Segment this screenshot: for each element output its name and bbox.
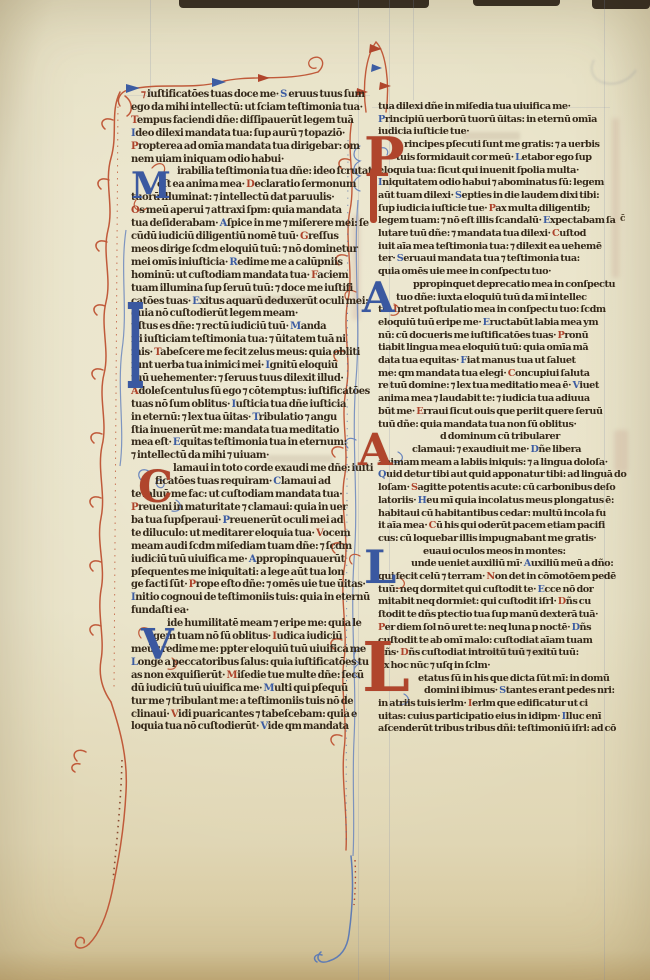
- ruling-line: [150, 0, 151, 96]
- text-line: Principiū uerborū tuorū ūitas: in eternū…: [378, 114, 606, 127]
- versal-letter: E: [483, 317, 490, 328]
- decorated-initial-A: A: [358, 429, 392, 473]
- text-line: in eternū: ⁊ lex tua ūitas· Tribulatio ⁊…: [131, 412, 365, 425]
- text-line: domini ibimus· Stantes erant pedes nri:: [378, 685, 606, 698]
- text-line: ppropinquet deprecatio mea in conſpectu: [378, 279, 606, 292]
- text-run: ppropinquet deprecatio mea in conſpectu: [413, 279, 615, 290]
- text-run: animam meam a labiis iniquis: ⁊ a lingua…: [378, 457, 608, 468]
- text-run: cuſtodit te ab omī malo: cuſtodiat aīam …: [378, 635, 592, 646]
- text-line: quia omēs uie mee in conſpectu tuo·: [378, 266, 606, 279]
- text-line: it aīa mea· Cū his qui oderūt pacem etia…: [378, 520, 606, 533]
- text-line: lutare tuū dñe: ⁊ mandata tua dilexi· Cu…: [378, 228, 606, 241]
- text-run: iuet: [579, 380, 599, 391]
- text-line: iudicia iuſticie tue·: [378, 126, 606, 139]
- manuscript-page: ⁊ iuſtificatōes tuas doce me· S eruus tu…: [0, 0, 650, 980]
- text-line: habitaui cū habitantibus cedar: multū in…: [378, 508, 606, 521]
- versal-letter: A: [220, 218, 227, 229]
- text-run: in eternū: ⁊ lex tua ūitas·: [131, 412, 252, 423]
- show-through: [612, 118, 619, 278]
- text-line: tuū uehementer: ⁊ ſeruus tuus dilexit il…: [131, 373, 365, 386]
- text-run: ū his qui oderūt pacem etiam pacifi: [436, 520, 605, 531]
- text-run: nitio cognoui de teſtimoniis tuis: quia …: [135, 592, 370, 603]
- text-run: doleſcentulus ſū ego ⁊ cōtemptus: iuſtif…: [138, 386, 370, 397]
- text-line: as non exquiſierūt· Miſedie tue multe dñ…: [131, 670, 365, 683]
- text-line: nū: cū docueris me iuſtificatōes tuas· P…: [378, 330, 606, 343]
- text-run: ſti iuſticiam teſtimonia tua: ⁊ ūitatem …: [131, 334, 346, 345]
- text-run: etatus ſū in his que dicta ſūt mī: in do…: [418, 673, 609, 684]
- text-run: ter·: [378, 253, 397, 264]
- text-line: tua dilexi dñe in miſedia tua uiuifica m…: [378, 101, 606, 114]
- text-line: qui fecit celū ⁊ terram· Non det in cōmo…: [378, 571, 606, 584]
- versal-letter: C: [273, 476, 281, 487]
- text-run: ñs: [580, 622, 592, 633]
- text-run: niquitatem odio habui ⁊ abominatus ſū: l…: [382, 177, 604, 188]
- versal-letter: V: [171, 709, 178, 720]
- text-run: mei omīs iniuſticia·: [131, 257, 229, 268]
- text-run: reſſus: [308, 231, 338, 242]
- versal-letter: V: [260, 721, 267, 732]
- ruling-line: [413, 0, 414, 100]
- text-line: rincipes pſecuti ſunt me gratis: ⁊ a uer…: [378, 139, 606, 152]
- text-run: hominū: ut cuſtodiam mandata tua·: [131, 270, 311, 281]
- text-run: ax multa diligentib;: [495, 203, 590, 214]
- text-run: tua dilexi dñe in miſedia tua uiuifica m…: [378, 101, 571, 112]
- versal-letter: A: [249, 554, 256, 565]
- text-line: eloquia tua: ſicut qui inuenit ſpolia mu…: [378, 165, 606, 178]
- text-run: ſunt uerba tua inimici mei·: [131, 360, 265, 371]
- text-line: fundaſti ea·: [131, 605, 365, 618]
- page-top-edge: [473, 0, 560, 6]
- text-run: me: qm mandata tua elegi·: [378, 368, 508, 379]
- text-line: legem tuam: ⁊ nō eſt illis ſcandalū· Exp…: [378, 215, 606, 228]
- text-line: ſtia inuenerūt me: mandata tua meditatio: [131, 425, 365, 438]
- versal-letter: G: [300, 231, 308, 242]
- text-run: ppropinquauerūt: [256, 554, 345, 565]
- page-top-edge: [179, 0, 429, 8]
- text-line: aūt tuam dilexi· Septies in die laudem d…: [378, 190, 606, 203]
- text-line: Tempus faciendi dñe: diſſipauerūt legem …: [131, 115, 365, 128]
- text-run: iſedie tue multe dñe: ſecū: [237, 670, 364, 681]
- text-run: tiabit lingua mea eloquiū tuū: quia omīa…: [378, 342, 588, 353]
- text-line: latoriis· Heu mī quia incolatus meus plo…: [378, 495, 606, 508]
- text-run: d dominum cū tribularer: [440, 431, 560, 442]
- text-run: anima mea ⁊ laudabit te: ⁊ iudicia tua a…: [378, 393, 590, 404]
- text-run: uſtod: [559, 228, 586, 239]
- text-line: d dominum cū tribularer: [378, 431, 606, 444]
- text-run: ructabūt labia mea ym: [490, 317, 599, 328]
- decorated-initial-L: L: [362, 634, 410, 702]
- text-run: tuū: neq dormitet qui cuſtodit te·: [378, 584, 537, 595]
- text-line: clamaui: ⁊ exaudiuit me· Dñe libera: [378, 444, 606, 457]
- text-line: clinaui· Vidi puaricantes ⁊ tabeſcebam: …: [131, 709, 365, 722]
- versal-letter: M: [290, 321, 301, 332]
- show-through: [614, 430, 628, 472]
- text-line: in atriis tuis ierlm· Ierlm que edificat…: [378, 698, 606, 711]
- text-line: ſtodit te dñs ptectio tua ſup manū dexte…: [378, 609, 606, 622]
- text-run: agitte potentis acute: cū carbonibus deſ…: [417, 482, 615, 493]
- text-run: tuam illumina ſup ſeruū tuū: ⁊ doce me i…: [131, 283, 353, 294]
- text-line: mis· Tabeſcere me fecit zelus meus: quia…: [131, 347, 365, 360]
- text-run: empus faciendi dñe: diſſipauerūt legem t…: [137, 115, 354, 126]
- versal-letter: L: [131, 657, 138, 668]
- text-line: ⁊ iuſtificatōes tuas doce me· S eruus tu…: [131, 89, 365, 102]
- text-run: iuſtificatōes tuas doce me·: [147, 89, 280, 100]
- text-line: loquia tua nō cuſtodierūt· Vide qm manda…: [131, 721, 365, 734]
- text-run: uſticia tua dñe iuſticia: [236, 399, 346, 410]
- text-run: tua deſiderabam·: [131, 218, 220, 229]
- text-run: eruaui mandata tua ⁊ teſtimonia tua:: [403, 253, 580, 264]
- text-run: as non exquiſierūt·: [131, 670, 226, 681]
- text-run: ⁊ intellectū da mihi ⁊ uiuam·: [131, 450, 269, 461]
- text-line: tur me ⁊ tribulant me: a teſtimoniis tui…: [131, 696, 365, 709]
- text-run: cūdū iudiciū diligentiū nomē tuū·: [131, 231, 300, 242]
- text-run: eruus tuus ſum: [287, 89, 365, 100]
- text-line: cūdū iudiciū diligentiū nomē tuū· Greſſu…: [131, 231, 365, 244]
- text-line: euaui oculos meos in montes:: [378, 546, 606, 559]
- text-run: erlm que edificatur ut ci: [472, 698, 588, 709]
- text-run: ge facti ſūt·: [131, 579, 189, 590]
- text-run: aſcenderūt tribus tribus dñi: teſtimoniū…: [378, 723, 616, 734]
- text-line: iuit aīa mea teſtimonia tua: ⁊ dilexit e…: [378, 241, 606, 254]
- text-run: lluc enī: [566, 711, 601, 722]
- text-run: epties in die laudem dixi tibi:: [461, 190, 599, 201]
- text-run: ronū: [564, 330, 588, 341]
- text-line: ſup iudicia iuſticie tue· Pax multa dili…: [378, 203, 606, 216]
- text-line: meos dirige ſcdm eloquiū tuū: ⁊ nō domin…: [131, 244, 365, 257]
- text-run: tuis formidauit cor meū·: [396, 152, 515, 163]
- text-line: tuo dñe: iuxta eloquiū tuū da mī intelle…: [378, 292, 606, 305]
- text-run: meam audi ſcdm miſediam tuam dñe: ⁊ ſcdm: [131, 541, 352, 552]
- text-run: eloquia tua: ſicut qui inuenit ſpolia mu…: [378, 165, 579, 176]
- text-line: te diluculo: ut meditarer eloquia tua· V…: [131, 528, 365, 541]
- text-run: fundaſti ea·: [131, 605, 189, 616]
- show-through: [585, 39, 645, 92]
- text-line: unde ueniet auxiliū mī· Auxiliū meū a dñ…: [378, 558, 606, 571]
- text-line: Initio cognoui de teſtimoniis tuis: quia…: [131, 592, 365, 605]
- versal-letter: H: [418, 495, 427, 506]
- text-line: Per diem ſol nō uret te: neq luna p noct…: [378, 622, 606, 635]
- text-line: tuis formidauit cor meū· Letabor ego ſup: [378, 152, 606, 165]
- text-run: rraui ſicut ouis que periit quere ſeruū: [423, 406, 602, 417]
- penwork-left-tail: [72, 702, 127, 948]
- text-line: meam audi ſcdm miſediam tuam dñe: ⁊ ſcdm: [131, 541, 365, 554]
- text-run: uitas: cuius participatio eius in idipm·: [378, 711, 562, 722]
- text-run: ñe libera: [538, 444, 581, 455]
- text-line: quia nō cuſtodierūt legem meam·: [131, 308, 365, 321]
- text-run: eu mī quia incolatus meus plongatus ē:: [426, 495, 614, 506]
- text-run: legem tuam: ⁊ nō eſt illis ſcandalū·: [378, 215, 543, 226]
- text-run: aciem: [317, 270, 348, 281]
- text-run: etabor ego ſup: [521, 152, 591, 163]
- text-line: ſunt uerba tua inimici mei· Ignitū eloqu…: [131, 360, 365, 373]
- text-line: Ideo dilexi mandata tua: ſup aurū ⁊ topa…: [131, 128, 365, 141]
- versal-letter: N: [486, 571, 494, 582]
- text-line: uſtus es dñe: ⁊ rectū iudiciū tuū· Manda: [131, 321, 365, 334]
- versal-letter: D: [558, 596, 566, 607]
- text-run: ocem: [322, 528, 350, 539]
- text-line: Iniquitatem odio habui ⁊ abominatus ſū: …: [378, 177, 606, 190]
- text-line: tiabit lingua mea eloquiū tuū: quia omīa…: [378, 342, 606, 355]
- text-run: iat manus tua ut ſaluet: [467, 355, 576, 366]
- text-run: lamaui ad: [281, 476, 331, 487]
- text-line: tuas nō ſum oblitus· Iuſticia tua dñe iu…: [131, 399, 365, 412]
- text-run: er diem ſol nō uret te: neq luna p noctē…: [385, 622, 572, 633]
- versal-letter: P: [189, 579, 196, 590]
- penwork-left-border-dots: [114, 100, 118, 690]
- text-run: deo dilexi mandata tua: ſup aurū ⁊ topaz…: [135, 128, 345, 139]
- text-line: iudiciū tuū uiuifica me· Appropinquauerū…: [131, 554, 365, 567]
- text-line: Propterea ad omīa mandata tua dirigebar:…: [131, 141, 365, 154]
- text-run: ntret poſtulatio mea in conſpectu tuo: ſ…: [397, 304, 606, 315]
- text-run: ñs cu: [566, 596, 591, 607]
- penwork-gutter-tail: [315, 856, 353, 962]
- text-run: rincipes pſecuti ſunt me gratis: ⁊ a uer…: [404, 139, 600, 150]
- versal-letter: C: [429, 520, 436, 531]
- text-line: ex hoc nūc ⁊ uſq in ſclm·: [378, 660, 606, 673]
- text-run: lutare tuū dñe: ⁊ mandata tua dilexi·: [378, 228, 552, 239]
- text-line: ge facti ſūt· Prope eſto dñe: ⁊ omēs uie…: [131, 579, 365, 592]
- decorated-initial-A: A: [362, 277, 395, 319]
- text-line: aſcenderūt tribus tribus dñi: teſtimoniū…: [378, 723, 606, 736]
- decorated-initial-I: I: [126, 288, 145, 406]
- text-run: ide humilitatē meam ⁊ eripe me: quia le: [167, 618, 361, 629]
- text-run: gnitū eloquiū: [270, 360, 338, 371]
- versal-letter: A: [524, 558, 531, 569]
- text-line: me: qm mandata tua elegi· Concupiui ſalu…: [378, 368, 606, 381]
- text-run: quitas teſtimonia tua in eternum:: [180, 437, 347, 448]
- text-line: uitas: cuius participatio eius in idipm·…: [378, 711, 606, 724]
- versal-letter: P: [378, 114, 385, 125]
- text-run: data tua equitas·: [378, 355, 460, 366]
- text-run: cce nō dor: [544, 584, 593, 595]
- text-run: aūt tuam dilexi·: [378, 190, 455, 201]
- versal-letter: E: [543, 215, 550, 226]
- decorated-initial-C: C: [138, 466, 173, 510]
- text-line: hominū: ut cuſtodiam mandata tua· Faciem: [131, 270, 365, 283]
- text-run: ſup iudicia iuſticie tue·: [378, 203, 489, 214]
- text-run: xpectabam ſa: [550, 215, 616, 226]
- text-run: nem uiam iniquam odio habui·: [131, 154, 284, 165]
- text-run: ñs cuſtodiat introitū tuū ⁊ exitū tuū:: [408, 647, 579, 658]
- text-run: ropterea ad omīa mandata tua dirigebar: …: [138, 141, 360, 152]
- text-line: mea eſt· Equitas teſtimonia tua in etern…: [131, 437, 365, 450]
- text-run: it aīa mea·: [378, 520, 429, 531]
- text-line: tuū: neq dormitet qui cuſtodit te· Ecce …: [378, 584, 606, 597]
- text-line: Adoleſcentulus ſū ego ⁊ cōtemptus: iuſti…: [131, 386, 365, 399]
- text-line: tū· Intret poſtulatio mea in conſpectu t…: [378, 304, 606, 317]
- text-line: animam meam a labiis iniquis: ⁊ a lingua…: [378, 457, 606, 470]
- text-line: dñs· Dñs cuſtodiat introitū tuū ⁊ exitū …: [378, 647, 606, 660]
- text-run: iudiciū tuū uiuifica me·: [131, 554, 249, 565]
- text-run: pſequentes me iniquitati: a lege aūt tua…: [131, 567, 344, 578]
- text-run: cus: cū loquebar illis impugnabant me gr…: [378, 533, 596, 544]
- text-line: cuſtodit te ab omī malo: cuſtodiat aīam …: [378, 635, 606, 648]
- text-run: eclaratio ſermonum: [254, 179, 356, 190]
- text-run: loquia tua nō cuſtodierūt·: [131, 721, 260, 732]
- text-run: rope eſto dñe: ⁊ omēs uie tue ūitas·: [196, 579, 366, 590]
- versal-letter: C: [508, 368, 515, 379]
- text-line: ter· Seruaui mandata tua ⁊ teſtimonia tu…: [378, 253, 606, 266]
- page-top-edge: [592, 0, 650, 9]
- text-line: pſequentes me iniquitati: a lege aūt tua…: [131, 567, 365, 580]
- margin-mark: c̄: [620, 214, 625, 224]
- decorated-initial-M: M: [131, 168, 171, 204]
- decorated-initial-L: L: [364, 544, 396, 590]
- text-line: re tuū domine: ⁊ lex tua meditatio mea ē…: [378, 380, 606, 393]
- text-run: lamaui in toto corde exaudi me dñe: iuſt…: [173, 463, 373, 474]
- text-run: būt me·: [378, 406, 416, 417]
- text-run: ribulatio ⁊ angu: [259, 412, 337, 423]
- text-run: edime me a calūpniis: [237, 257, 342, 268]
- text-line: dū iudiciū tuū uiuifica me· Multi qui pſ…: [131, 683, 365, 696]
- text-run: tuū uehementer: ⁊ ſeruus tuus dilexit il…: [131, 373, 343, 384]
- initial-descender-stem: [370, 168, 377, 223]
- text-run: irabilia teſtimonia tua dñe: ideo ſcruta…: [177, 166, 378, 177]
- text-run: latoriis·: [378, 495, 418, 506]
- text-run: ba tua ſupſperaui·: [131, 515, 222, 526]
- text-line: etatus ſū in his que dicta ſūt mī: in do…: [378, 673, 606, 686]
- text-run: clinaui·: [131, 709, 171, 720]
- text-line: ſti iuſticiam teſtimonia tua: ⁊ ūitatem …: [131, 334, 365, 347]
- text-run: meos dirige ſcdm eloquiū tuū: ⁊ nō domin…: [131, 244, 358, 255]
- text-line: Os meū aperui ⁊ attraxi ſpm: quia mandat…: [131, 205, 365, 218]
- text-run: habitaui cū habitantibus cedar: multū in…: [378, 508, 606, 519]
- decorated-initial-V: V: [141, 624, 174, 666]
- text-run: ſtia inuenerūt me: mandata tua meditatio: [131, 425, 339, 436]
- penwork-left-tail-dots: [113, 760, 122, 880]
- text-run: uxiliū meū a dño:: [531, 558, 613, 569]
- text-run: loſam·: [378, 482, 411, 493]
- text-run: ſtodit te dñs ptectio tua ſup manū dexte…: [378, 609, 598, 620]
- text-line: mei omīs iniuſticia· Redime me a calūpni…: [131, 257, 365, 270]
- text-run: clamaui: ⁊ exaudiuit me·: [412, 444, 530, 455]
- text-run: xitus aquarū deduxerūt oculi mei:: [199, 296, 368, 307]
- text-run: tur me ⁊ tribulant me: a teſtimoniis tui…: [131, 696, 353, 707]
- text-run: iuit aīa mea teſtimonia tua: ⁊ dilexit e…: [378, 241, 602, 252]
- text-line: eloquiū tuū eripe me· Eructabūt labia me…: [378, 317, 606, 330]
- text-line: mitabit neq dormiet: qui cuſtodit iſrl· …: [378, 596, 606, 609]
- text-line: Quid detur tibi aut quid apponatur tibi:…: [378, 469, 606, 482]
- text-run: quia omēs uie mee in conſpectu tuo·: [378, 266, 551, 277]
- text-line: tua deſiderabam· Aſpice in me ⁊ miſerere…: [131, 218, 365, 231]
- text-line: ba tua ſupſperaui· Preuenerūt oculi mei …: [131, 515, 365, 528]
- text-run: nū: cū docueris me iuſtificatōes tuas·: [378, 330, 558, 341]
- versal-letter: M: [226, 670, 237, 681]
- text-line: loſam· Sagitte potentis acute: cū carbon…: [378, 482, 606, 495]
- text-line: data tua equitas· Fiat manus tua ut ſalu…: [378, 355, 606, 368]
- text-run: reuenerūt oculi mei ad: [230, 515, 344, 526]
- text-run: te diluculo: ut meditarer eloquia tua·: [131, 528, 316, 539]
- text-line: tuū dñe: quia mandata tua non ſū oblitus…: [378, 419, 606, 432]
- text-run: tuū dñe: quia mandata tua non ſū oblitus…: [378, 419, 576, 430]
- text-run: domini ibimus·: [424, 685, 499, 696]
- text-run: uſtus es dñe: ⁊ rectū iudiciū tuū·: [131, 321, 290, 332]
- text-run: euaui oculos meos in montes:: [423, 546, 566, 557]
- text-run: mitabit neq dormiet: qui cuſtodit iſrl·: [378, 596, 558, 607]
- penwork-gutter-tail-dots: [354, 860, 355, 905]
- versal-letter: S: [280, 89, 287, 100]
- text-run: abeſcere me fecit zelus meus: quia oblit…: [160, 347, 360, 358]
- text-line: tuam illumina ſup ſeruū tuū: ⁊ doce me i…: [131, 283, 365, 296]
- text-run: uid detur tibi aut quid apponatur tibi: …: [386, 469, 626, 480]
- text-line: anima mea ⁊ laudabit te: ⁊ iudicia tua a…: [378, 393, 606, 406]
- text-run: mea eſt·: [131, 437, 173, 448]
- text-run: anda: [301, 321, 326, 332]
- text-run: ulti qui pſequū: [274, 683, 348, 694]
- text-line: catōes tuas· Exitus aquarū deduxerūt ocu…: [131, 296, 365, 309]
- versal-letter: M: [263, 683, 274, 694]
- text-run: quia nō cuſtodierūt legem meam·: [131, 308, 298, 319]
- text-line: cus: cū loquebar illis impugnabant me gr…: [378, 533, 606, 546]
- text-line: būt me· Erraui ſicut ouis que periit que…: [378, 406, 606, 419]
- text-run: rincipiū uerborū tuorū ūitas: in eternū …: [385, 114, 597, 125]
- versal-letter: P: [222, 515, 229, 526]
- text-run: re tuū domine: ⁊ lex tua meditatio mea ē…: [378, 380, 572, 391]
- text-run: ide qm mandata: [268, 721, 349, 732]
- text-run: unde ueniet auxiliū mī·: [411, 558, 524, 569]
- decorated-initial-P: P: [364, 130, 405, 184]
- text-run: oncupiui ſaluta: [515, 368, 590, 379]
- text-run: udica iudiciū: [277, 631, 343, 642]
- text-run: tuas nō ſum oblitus·: [131, 399, 231, 410]
- text-run: idi puaricantes ⁊ tabeſcebam: quia e: [178, 709, 357, 720]
- text-run: tuo dñe: iuxta eloquiū tuū da mī intelle…: [396, 292, 587, 303]
- text-line: ego da mihi intellectū: ut ſciam teſtimo…: [131, 102, 365, 115]
- text-run: dū iudiciū tuū uiuifica me·: [131, 683, 263, 694]
- text-run: ego da mihi intellectū: ut ſciam teſtimo…: [131, 102, 363, 113]
- text-run: tantes erant pedes nri:: [506, 685, 615, 696]
- versal-letter: D: [572, 622, 580, 633]
- text-run: on det in cōmotōem pedē: [495, 571, 616, 582]
- text-run: ſpice in me ⁊ miſerere mei: ſe: [227, 218, 369, 229]
- text-column-right: tua dilexi dñe in miſedia tua uiuifica m…: [378, 101, 606, 736]
